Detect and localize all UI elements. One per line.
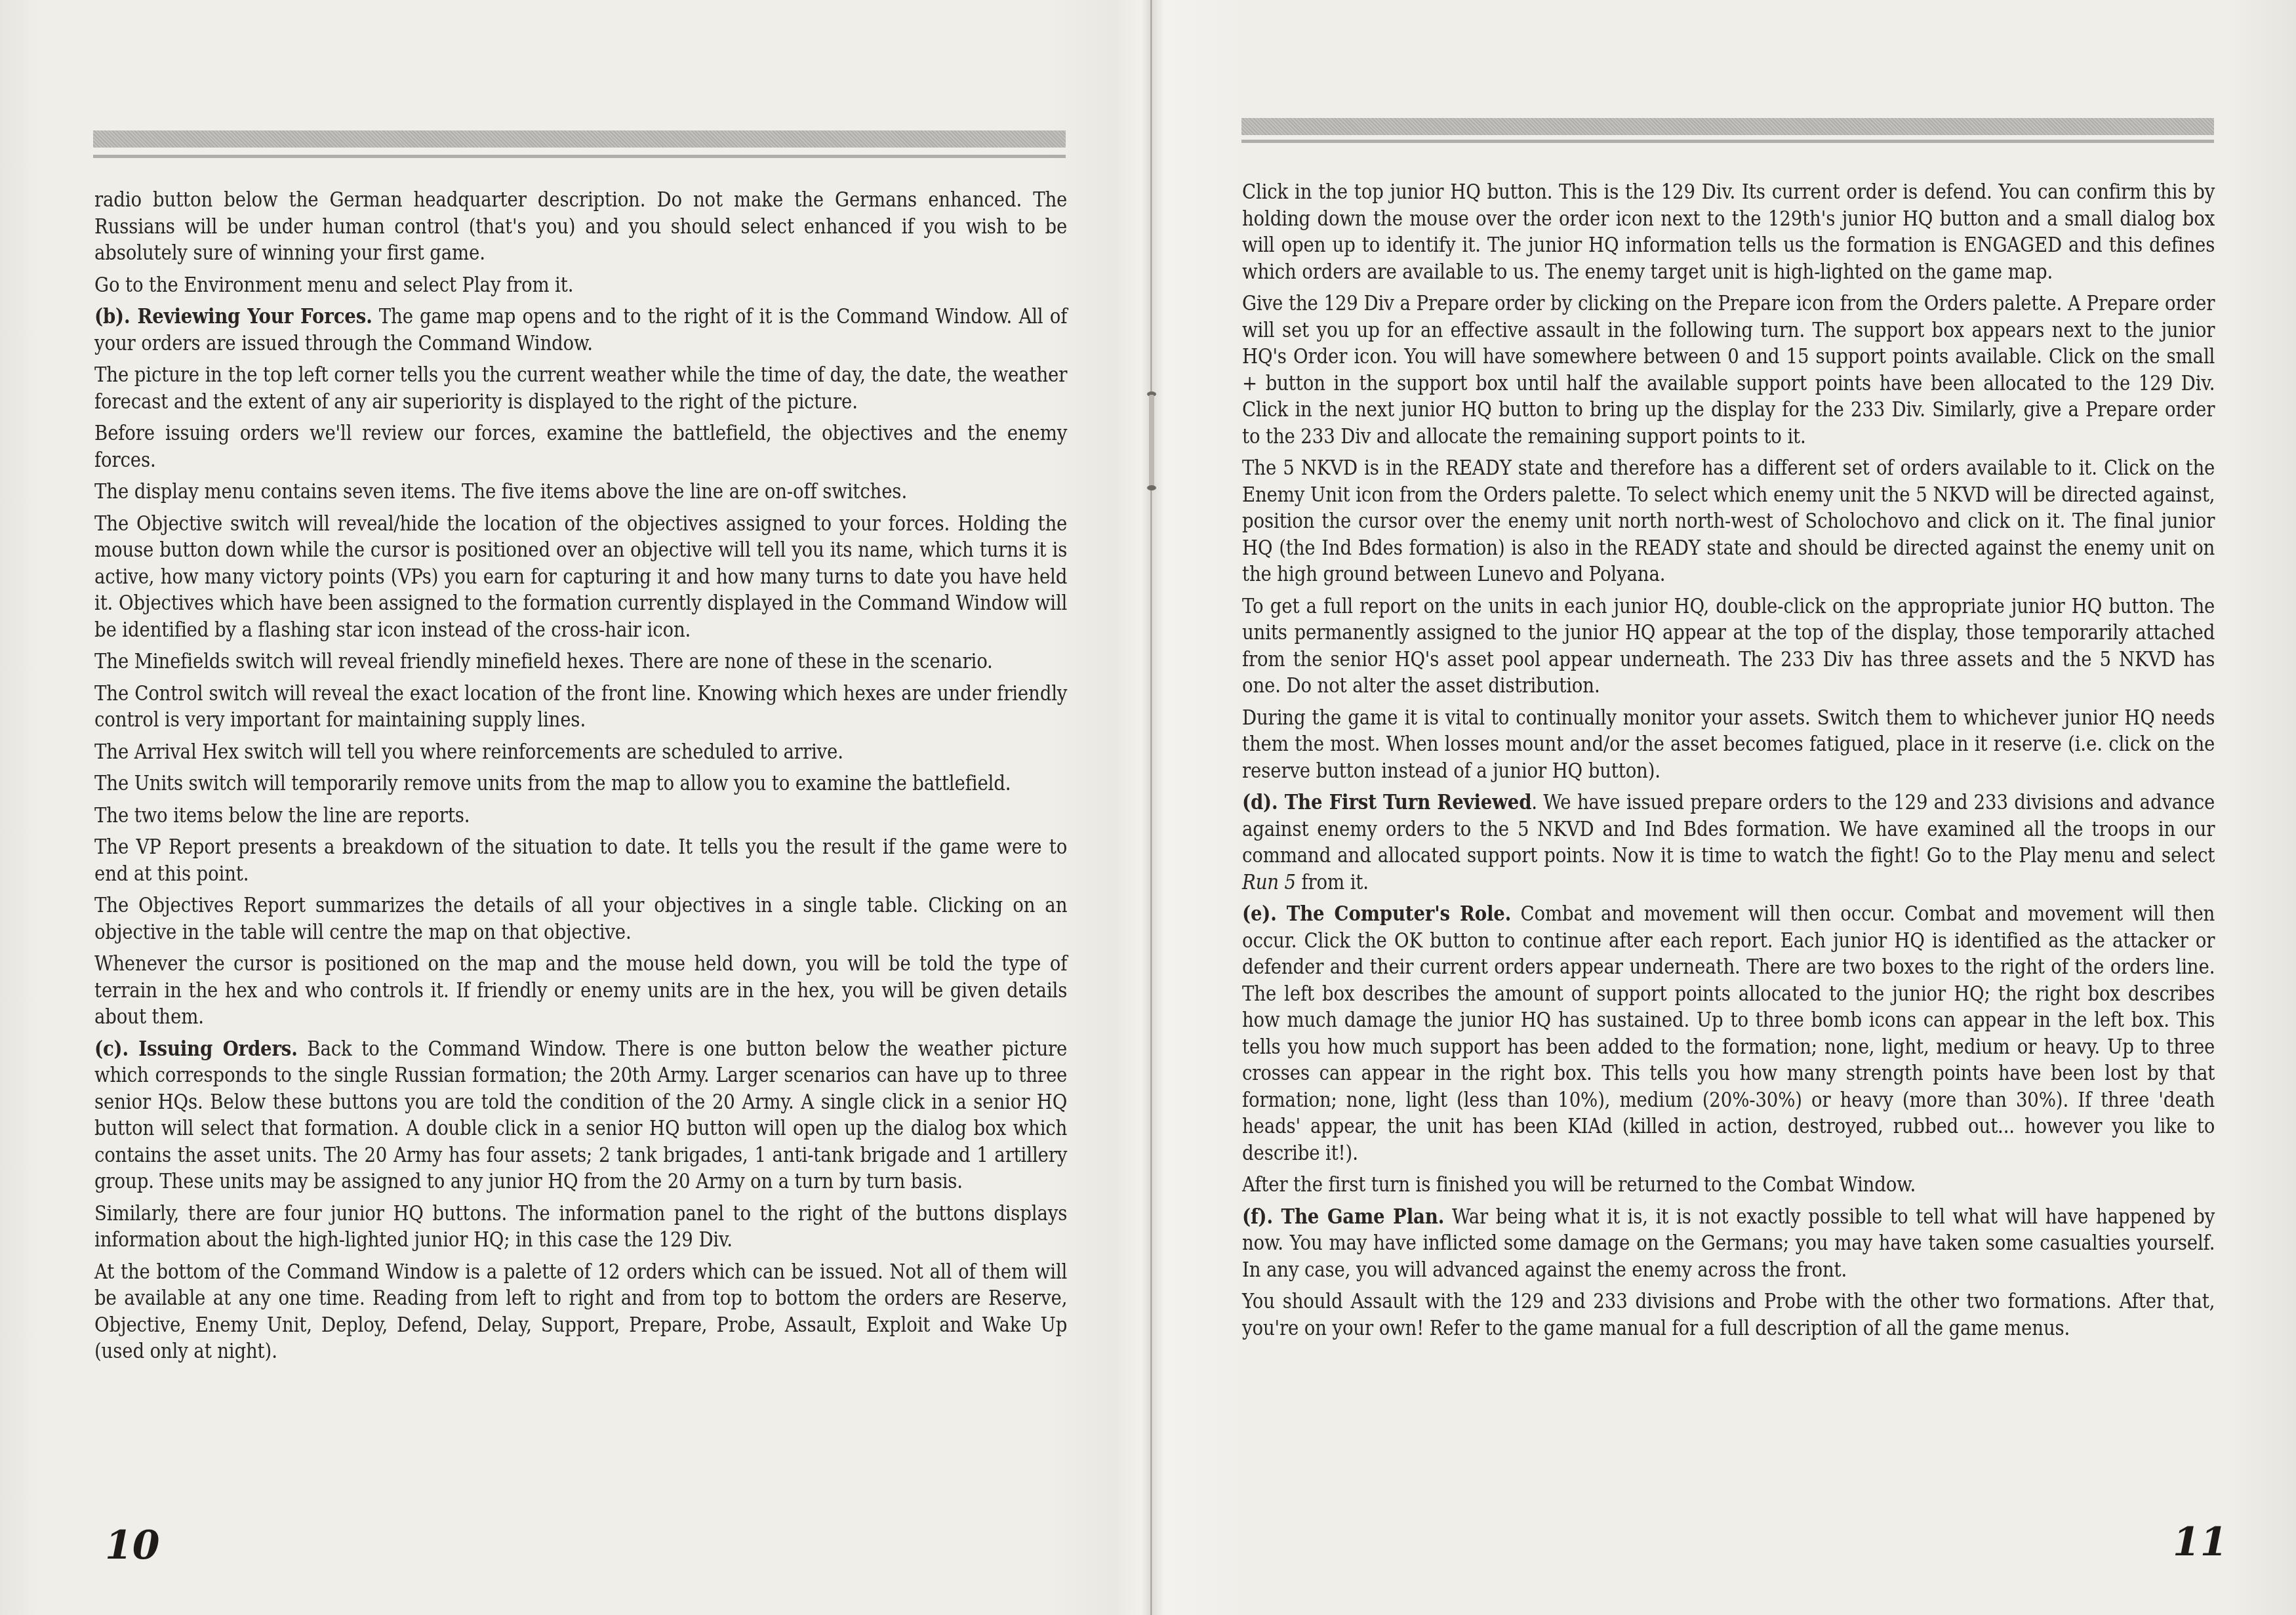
left-page-header-bar	[93, 130, 1066, 148]
right-page-number: 11	[2173, 1519, 2228, 1565]
paragraph: Before issuing orders we'll review our f…	[94, 420, 1067, 473]
paragraph-text: The Objective switch will reveal/hide th…	[94, 511, 1067, 642]
paragraph: Go to the Environment menu and select Pl…	[94, 271, 1067, 298]
section-heading: (f). The Game Plan.	[1242, 1203, 1444, 1229]
paragraph: The Arrival Hex switch will tell you whe…	[94, 738, 1067, 765]
paragraph: Similarly, there are four junior HQ butt…	[94, 1200, 1067, 1253]
paragraph-text: You should Assault with the 129 and 233 …	[1242, 1288, 2215, 1340]
paragraph-text: Whenever the cursor is positioned on the…	[94, 951, 1067, 1029]
paragraph-text: Before issuing orders we'll review our f…	[94, 420, 1067, 472]
paragraph: The Minefields switch will reveal friend…	[94, 648, 1067, 675]
section-heading: (b). Reviewing Your Forces.	[94, 303, 373, 329]
paragraph: The Units switch will temporarily remove…	[94, 770, 1067, 797]
paragraph: The Objectives Report summarizes the det…	[94, 892, 1067, 945]
paragraph: Give the 129 Div a Prepare order by clic…	[1242, 290, 2215, 449]
paragraph-text: Combat and movement will then occur. Com…	[1242, 901, 2215, 1165]
paragraph-text: After the first turn is finished you wil…	[1242, 1172, 1916, 1197]
left-page-number: 10	[105, 1523, 160, 1568]
paragraph: During the game it is vital to continual…	[1242, 704, 2215, 784]
paragraph-text: The display menu contains seven items. T…	[94, 479, 907, 504]
paragraph: The picture in the top left corner tells…	[94, 361, 1067, 414]
paragraph: At the bottom of the Command Window is a…	[94, 1258, 1067, 1365]
paragraph-text: The Objectives Report summarizes the det…	[94, 892, 1067, 944]
paragraph-text: Similarly, there are four junior HQ butt…	[94, 1201, 1067, 1252]
paragraph-text: The Units switch will temporarily remove…	[94, 770, 1011, 795]
paragraph: Whenever the cursor is positioned on the…	[94, 950, 1067, 1030]
paragraph: The display menu contains seven items. T…	[94, 478, 1067, 505]
paragraph: The Objective switch will reveal/hide th…	[94, 510, 1067, 643]
paragraph: radio button below the German headquarte…	[94, 186, 1067, 266]
paragraph: (d). The First Turn Reviewed. We have is…	[1242, 789, 2215, 895]
paragraph: After the first turn is finished you wil…	[1242, 1171, 2215, 1198]
right-page: Click in the top junior HQ button. This …	[1152, 0, 2296, 1615]
paragraph-text: The picture in the top left corner tells…	[94, 362, 1067, 414]
paragraph-text: The two items below the line are reports…	[94, 803, 470, 827]
paragraph: The two items below the line are reports…	[94, 802, 1067, 829]
paragraph: You should Assault with the 129 and 233 …	[1242, 1288, 2215, 1341]
paragraph-text: radio button below the German headquarte…	[94, 187, 1067, 265]
paragraph: (c). Issuing Orders. Back to the Command…	[94, 1035, 1067, 1195]
paragraph: (f). The Game Plan. War being what it is…	[1242, 1203, 2215, 1283]
paragraph-text: Go to the Environment menu and select Pl…	[94, 272, 573, 297]
paragraph-text: Give the 129 Div a Prepare order by clic…	[1242, 290, 2215, 449]
paragraph-text: The 5 NKVD is in the READY state and the…	[1242, 455, 2215, 586]
paragraph-text: The Minefields switch will reveal friend…	[94, 648, 993, 673]
paragraph-text: During the game it is vital to continual…	[1242, 705, 2215, 783]
section-heading: (c). Issuing Orders.	[94, 1035, 298, 1061]
right-page-header-rule	[1241, 140, 2214, 143]
paragraph-text: The Control switch will reveal the exact…	[94, 681, 1067, 732]
left-page-body: radio button below the German headquarte…	[94, 186, 1067, 1370]
section-heading: (e). The Computer's Role.	[1242, 900, 1511, 926]
left-page-header-rule	[93, 155, 1066, 158]
right-page-body: Click in the top junior HQ button. This …	[1242, 178, 2215, 1346]
paragraph: The Control switch will reveal the exact…	[94, 680, 1067, 733]
paragraph: The VP Report presents a breakdown of th…	[94, 833, 1067, 887]
paragraph: To get a full report on the units in eac…	[1242, 593, 2215, 699]
paragraph-text: At the bottom of the Command Window is a…	[94, 1259, 1067, 1364]
left-page: radio button below the German headquarte…	[0, 0, 1151, 1615]
paragraph-text: Click in the top junior HQ button. This …	[1242, 179, 2215, 284]
paragraph: Click in the top junior HQ button. This …	[1242, 178, 2215, 285]
paragraph: The 5 NKVD is in the READY state and the…	[1242, 454, 2215, 588]
paragraph: (e). The Computer's Role. Combat and mov…	[1242, 900, 2215, 1166]
paragraph: (b). Reviewing Your Forces. The game map…	[94, 303, 1067, 356]
section-heading: (d). The First Turn Reviewed	[1242, 789, 1531, 814]
paragraph-text-tail: from it.	[1296, 869, 1369, 894]
paragraph-text: To get a full report on the units in eac…	[1242, 593, 2215, 698]
right-page-header-bar	[1241, 118, 2214, 135]
paragraph-text: The VP Report presents a breakdown of th…	[94, 834, 1067, 886]
paragraph-text: The Arrival Hex switch will tell you whe…	[94, 739, 843, 764]
menu-command-text: Run 5	[1242, 869, 1296, 894]
